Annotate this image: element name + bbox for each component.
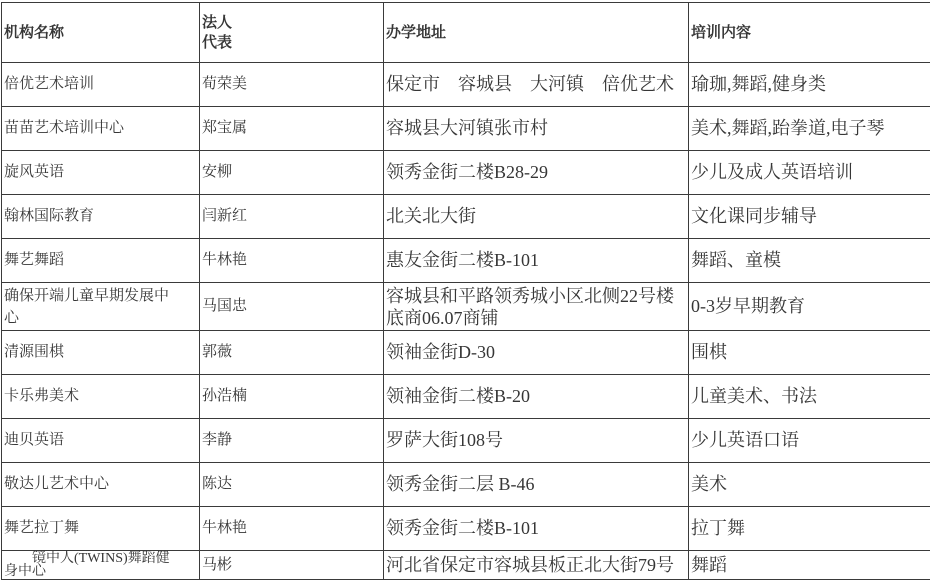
table-row: 旋风英语 安柳 领秀金街二楼B28-29 少儿及成人英语培训	[2, 151, 930, 195]
cell-institution-name: 卡乐弗美术	[2, 375, 200, 419]
cell-legal-representative: 牛林艳	[200, 239, 384, 283]
column-header-legal-representative: 法人 代表	[200, 3, 384, 63]
column-header-training-content: 培训内容	[689, 3, 930, 63]
cell-institution-name: 清源围棋	[2, 331, 200, 375]
table-row: 倍优艺术培训 荀荣美 保定市 容城县 大河镇 倍优艺术 瑜珈,舞蹈,健身类	[2, 63, 930, 107]
header-row: 机构名称 法人 代表 办学地址 培训内容	[2, 3, 930, 63]
cell-address: 领秀金街二层 B-46	[384, 463, 689, 507]
cell-training-content: 舞蹈、童模	[689, 239, 930, 283]
cell-training-content: 少儿英语口语	[689, 419, 930, 463]
cell-legal-representative: 陈达	[200, 463, 384, 507]
cell-institution-name: 苗苗艺术培训中心	[2, 107, 200, 151]
cell-address: 领袖金街D-30	[384, 331, 689, 375]
cell-institution-name: 翰林国际教育	[2, 195, 200, 239]
cell-address: 领秀金街二楼B28-29	[384, 151, 689, 195]
cell-training-content: 瑜珈,舞蹈,健身类	[689, 63, 930, 107]
cell-institution-name: 确保开端儿童早期发展中 心	[2, 283, 200, 331]
table-row: 舞艺拉丁舞 牛林艳 领秀金街二楼B-101 拉丁舞	[2, 507, 930, 551]
cell-institution-name: 舞艺拉丁舞	[2, 507, 200, 551]
cell-address: 容城县和平路领秀城小区北侧22号楼 底商06.07商铺	[384, 283, 689, 331]
cell-legal-representative: 李静	[200, 419, 384, 463]
table-row: 舞艺舞蹈 牛林艳 惠友金街二楼B-101 舞蹈、童模	[2, 239, 930, 283]
cell-legal-representative: 安柳	[200, 151, 384, 195]
cell-legal-representative: 牛林艳	[200, 507, 384, 551]
cell-institution-name: 镜中人(TWINS)舞蹈健 身中心	[2, 551, 200, 580]
cell-legal-representative: 马国忠	[200, 283, 384, 331]
cell-address: 领袖金街二楼B-20	[384, 375, 689, 419]
column-header-institution-name: 机构名称	[2, 3, 200, 63]
cell-institution-name: 倍优艺术培训	[2, 63, 200, 107]
cell-training-content: 拉丁舞	[689, 507, 930, 551]
cell-legal-representative: 马彬	[200, 551, 384, 580]
cell-address: 罗萨大街108号	[384, 419, 689, 463]
table-row: 清源围棋 郭薇 领袖金街D-30 围棋	[2, 331, 930, 375]
cell-training-content: 文化课同步辅导	[689, 195, 930, 239]
table-row: 苗苗艺术培训中心 郑宝属 容城县大河镇张市村 美术,舞蹈,跆拳道,电子琴	[2, 107, 930, 151]
cell-legal-representative: 郭薇	[200, 331, 384, 375]
table-row: 翰林国际教育 闫新红 北关北大街 文化课同步辅导	[2, 195, 930, 239]
table-row: 镜中人(TWINS)舞蹈健 身中心 马彬 河北省保定市容城县板正北大街79号 舞…	[2, 551, 930, 580]
cell-institution-name: 舞艺舞蹈	[2, 239, 200, 283]
cell-legal-representative: 孙浩楠	[200, 375, 384, 419]
cell-training-content: 美术	[689, 463, 930, 507]
table-row: 迪贝英语 李静 罗萨大街108号 少儿英语口语	[2, 419, 930, 463]
table-row: 确保开端儿童早期发展中 心 马国忠 容城县和平路领秀城小区北侧22号楼 底商06…	[2, 283, 930, 331]
cell-address: 北关北大街	[384, 195, 689, 239]
cell-training-content: 儿童美术、书法	[689, 375, 930, 419]
cell-institution-name: 迪贝英语	[2, 419, 200, 463]
cell-training-content: 舞蹈	[689, 551, 930, 580]
cell-training-content: 美术,舞蹈,跆拳道,电子琴	[689, 107, 930, 151]
cell-legal-representative: 郑宝属	[200, 107, 384, 151]
cell-institution-name: 旋风英语	[2, 151, 200, 195]
cell-address: 容城县大河镇张市村	[384, 107, 689, 151]
column-header-address: 办学地址	[384, 3, 689, 63]
cell-address: 河北省保定市容城县板正北大街79号	[384, 551, 689, 580]
cell-address: 保定市 容城县 大河镇 倍优艺术	[384, 63, 689, 107]
table-row: 敬达儿艺术中心 陈达 领秀金街二层 B-46 美术	[2, 463, 930, 507]
cell-institution-name: 敬达儿艺术中心	[2, 463, 200, 507]
cell-address: 惠友金街二楼B-101	[384, 239, 689, 283]
cell-training-content: 围棋	[689, 331, 930, 375]
cell-address: 领秀金街二楼B-101	[384, 507, 689, 551]
cell-training-content: 少儿及成人英语培训	[689, 151, 930, 195]
training-institutions-table: 机构名称 法人 代表 办学地址 培训内容 倍优艺术培训 荀荣美 保定市 容城县 …	[1, 2, 930, 580]
cell-legal-representative: 荀荣美	[200, 63, 384, 107]
cell-training-content: 0-3岁早期教育	[689, 283, 930, 331]
cell-legal-representative: 闫新红	[200, 195, 384, 239]
table-row: 卡乐弗美术 孙浩楠 领袖金街二楼B-20 儿童美术、书法	[2, 375, 930, 419]
